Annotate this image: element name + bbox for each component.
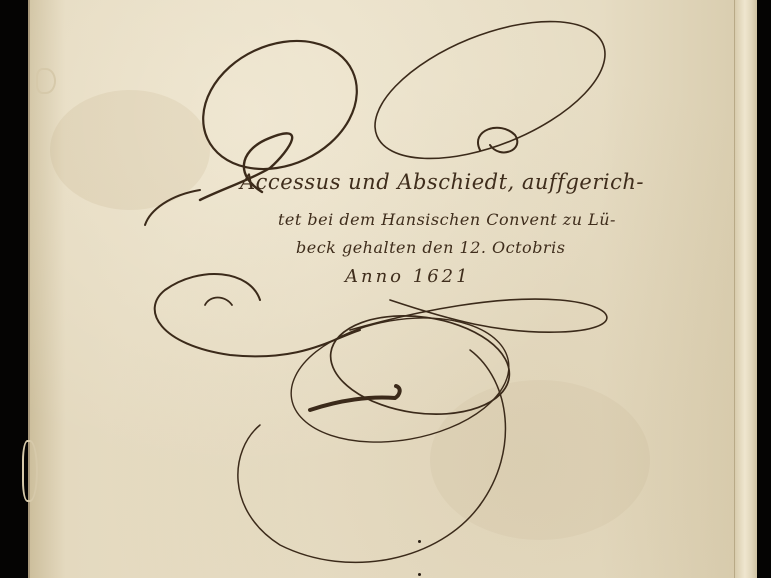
title-line-year: Anno 1621 <box>345 266 471 287</box>
ink-spot <box>418 540 421 543</box>
title-line-1: Accessus und Abschiedt, auffgerich- <box>240 170 644 194</box>
calligraphic-flourishes <box>0 0 771 578</box>
scanned-manuscript: Accessus und Abschiedt, auffgerich- tet … <box>0 0 771 578</box>
title-line-2: tet bei dem Hansischen Convent zu Lü- <box>278 210 616 229</box>
title-line-3: beck gehalten den 12. Octobris <box>296 238 565 257</box>
ink-spot <box>418 573 421 576</box>
